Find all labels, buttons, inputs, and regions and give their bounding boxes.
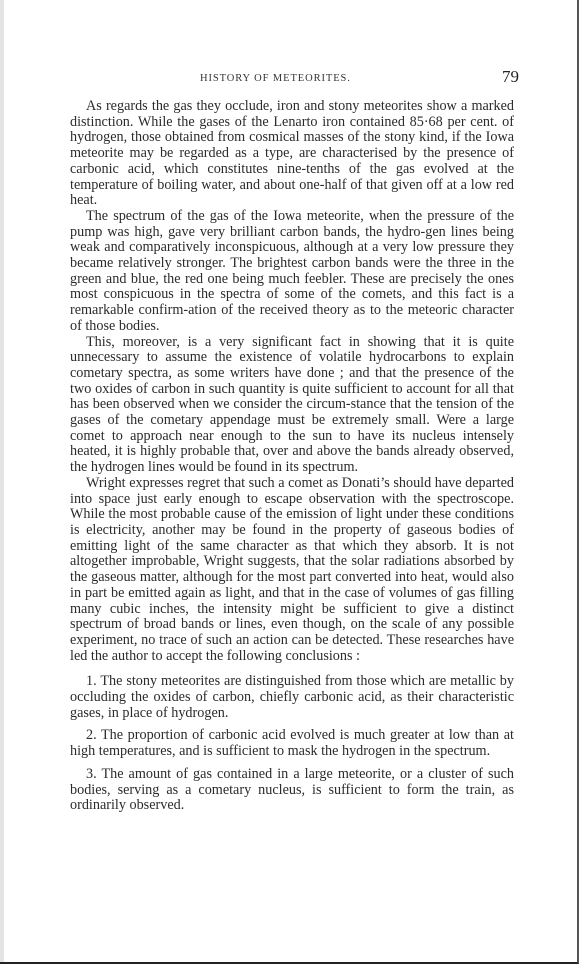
book-page: HISTORY OF METEORITES. 79 As regards the… <box>0 0 579 964</box>
conclusion-1: 1. The stony meteorites are distinguishe… <box>70 674 514 721</box>
paragraph-gas-occlusion: As regards the gas they occlude, iron an… <box>70 99 514 209</box>
scan-edge-strip <box>0 0 4 962</box>
conclusion-2: 2. The proportion of carbonic acid evolv… <box>70 728 514 759</box>
running-title: HISTORY OF METEORITES. <box>200 73 351 84</box>
page-header: HISTORY OF METEORITES. 79 <box>63 71 463 91</box>
paragraph-wright-donati: Wright expresses regret that such a come… <box>70 476 514 664</box>
page-number: 79 <box>502 67 519 87</box>
page-body: As regards the gas they occlude, iron an… <box>70 99 514 814</box>
paragraph-iowa-spectrum: The spectrum of the gas of the Iowa mete… <box>70 209 514 335</box>
paragraph-cometary-spectra: This, moreover, is a very significant fa… <box>70 335 514 476</box>
conclusion-3: 3. The amount of gas contained in a larg… <box>70 767 514 814</box>
